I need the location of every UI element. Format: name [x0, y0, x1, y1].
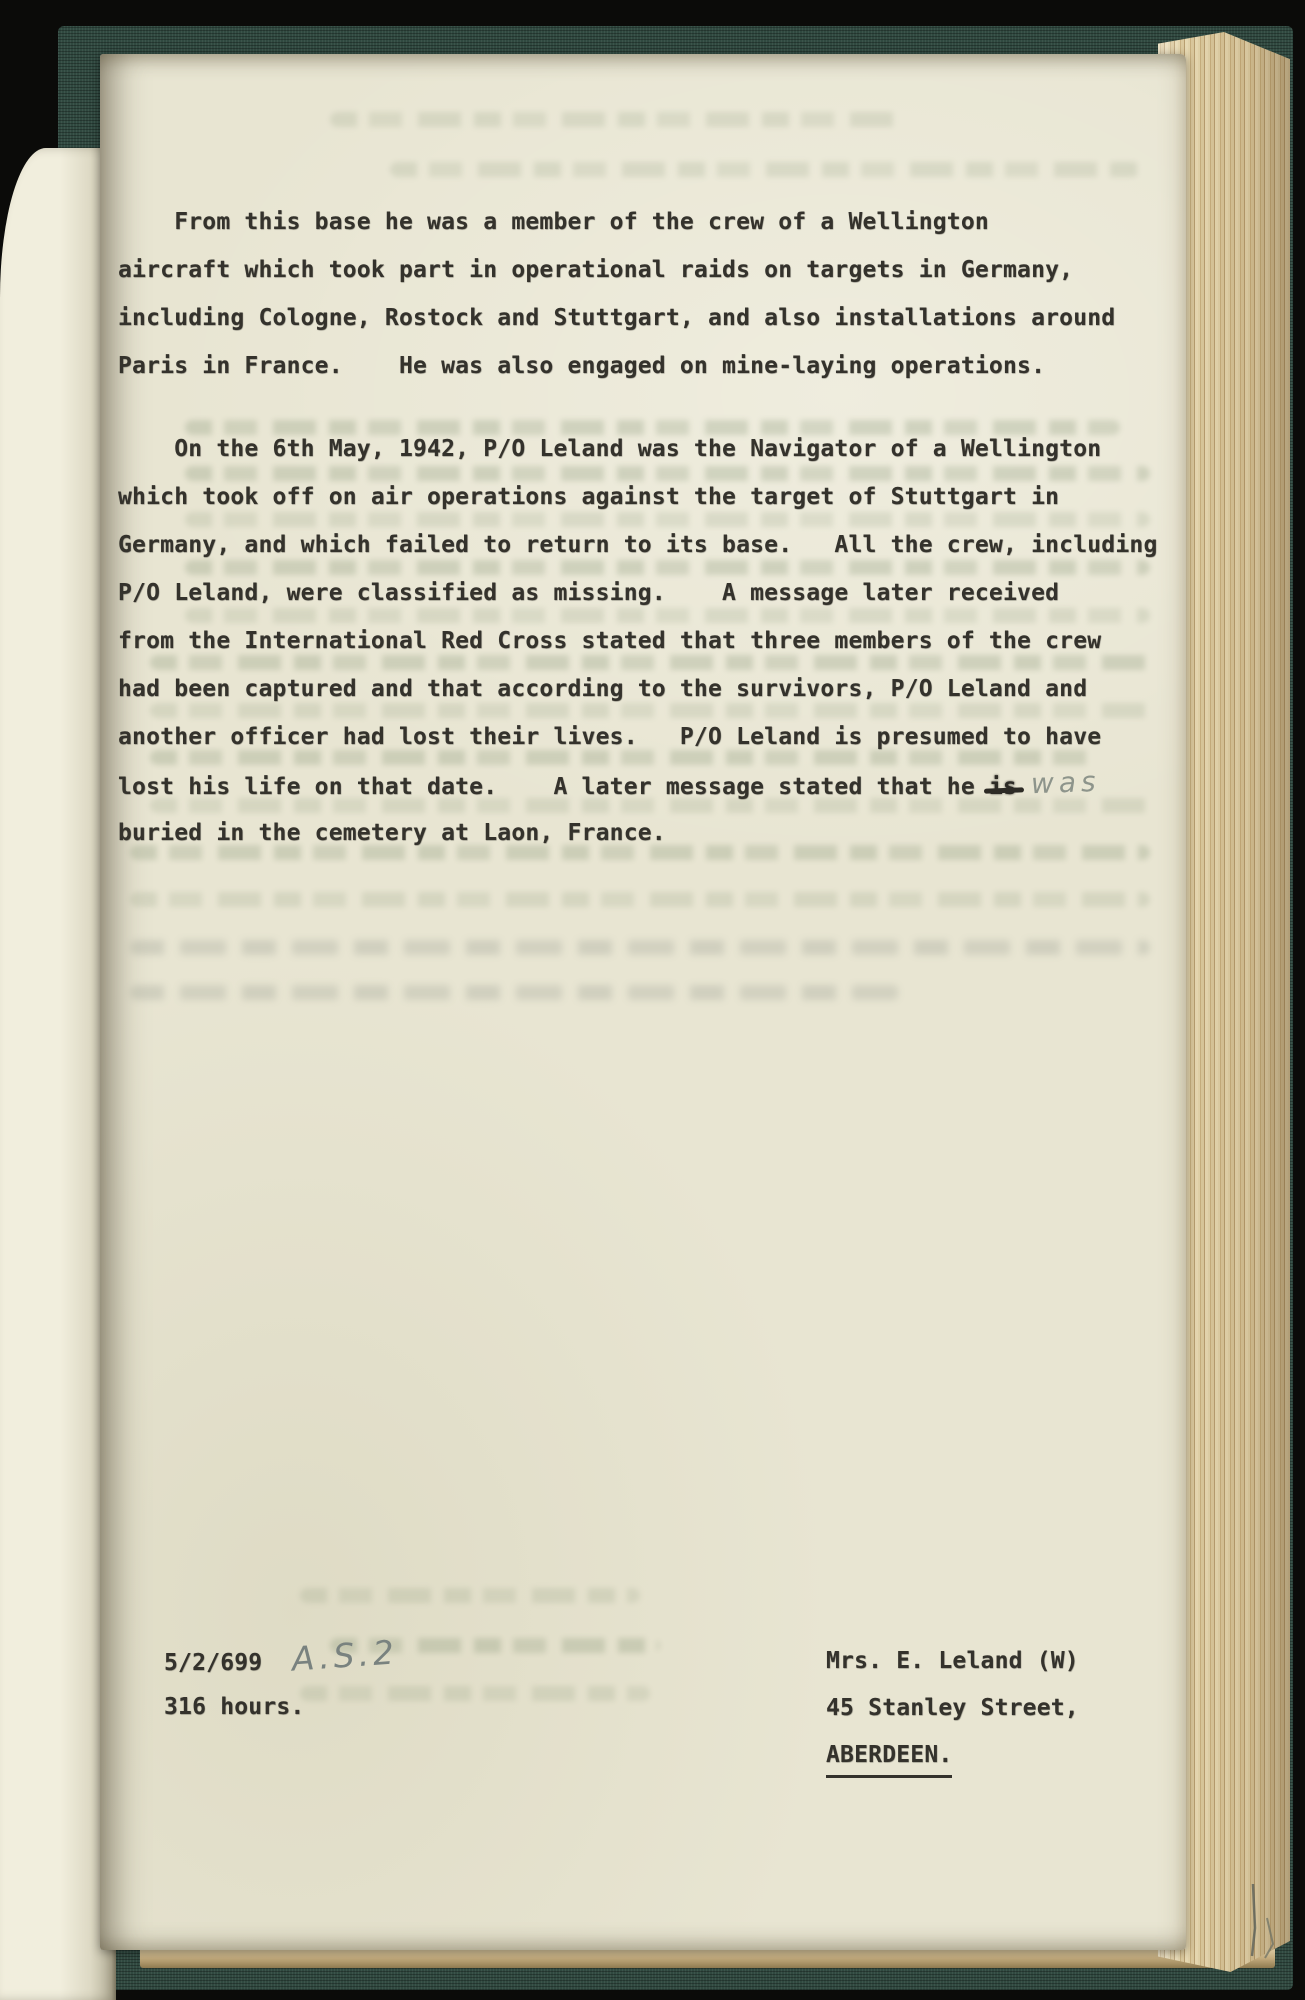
typed-line: aircraft which took part in operational … [118, 246, 1170, 294]
handwritten-correction: was [1030, 758, 1101, 808]
struck-out-word: is [989, 774, 1017, 800]
handwritten-annotation: A.S.2 [291, 1628, 400, 1683]
facing-page-edge [0, 148, 116, 2000]
typed-line-with-correction: lost his life on that date. A later mess… [118, 761, 1170, 809]
scanned-book-photo: From this base he was a member of the cr… [0, 0, 1305, 2000]
typed-line: had been captured and that according to … [118, 665, 1170, 713]
typed-line: another officer had lost their lives. P/… [118, 713, 1170, 761]
typed-line: Germany, and which failed to return to i… [118, 521, 1170, 569]
typed-line: from the International Red Cross stated … [118, 617, 1170, 665]
addressee-name: Mrs. E. Leland (W) [826, 1638, 1079, 1685]
typed-segment: lost his life on that date. A later mess… [118, 774, 989, 800]
typed-line: buried in the cemetery at Laon, France. [118, 809, 1170, 857]
typed-line: From this base he was a member of the cr… [118, 198, 1170, 246]
hours-line: 316 hours. [164, 1683, 398, 1731]
typed-line: which took off on air operations against… [118, 473, 1170, 521]
addressee-city-text: ABERDEEN. [826, 1735, 952, 1778]
addressee-city: ABERDEEN. [826, 1732, 1079, 1779]
paragraph-missing-report: On the 6th May, 1942, P/O Leland was the… [118, 425, 1170, 857]
typed-text-layer: From this base he was a member of the cr… [118, 54, 1170, 1950]
reference-number: 5/2/699 [164, 1650, 262, 1676]
typed-line: Paris in France. He was also engaged on … [118, 342, 1170, 390]
typed-line: On the 6th May, 1942, P/O Leland was the… [118, 425, 1170, 473]
pencil-mark [1243, 1878, 1283, 1962]
typed-line: including Cologne, Rostock and Stuttgart… [118, 294, 1170, 342]
document-page: From this base he was a member of the cr… [100, 54, 1186, 1950]
footer-addressee-block: Mrs. E. Leland (W) 45 Stanley Street, AB… [826, 1638, 1079, 1779]
paragraph-service-summary: From this base he was a member of the cr… [118, 198, 1170, 390]
addressee-street: 45 Stanley Street, [826, 1685, 1079, 1732]
reference-line: 5/2/699A.S.2 [164, 1635, 398, 1683]
footer-reference-block: 5/2/699A.S.2 316 hours. [164, 1635, 398, 1731]
typed-line: P/O Leland, were classified as missing. … [118, 569, 1170, 617]
